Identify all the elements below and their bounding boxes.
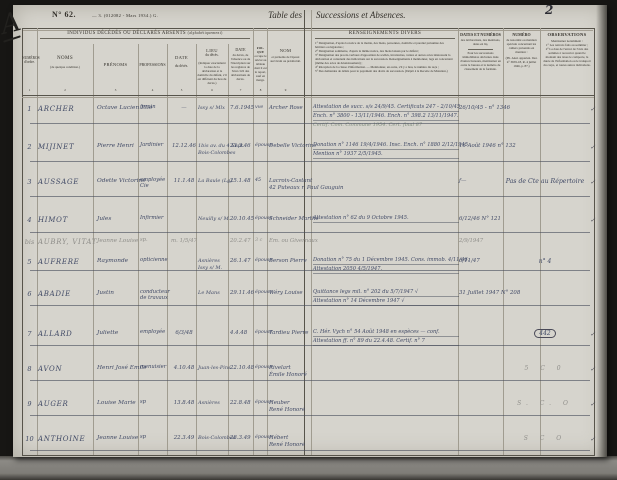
form-detail: — 3. (012082 - Mars 1934.) G. bbox=[92, 13, 242, 18]
col-num: 9 bbox=[268, 88, 303, 92]
cell-profession: conducteur de travaux bbox=[140, 290, 170, 301]
cell-epoux: Lacroix-Castant bbox=[269, 178, 315, 184]
cell-epoux: Heuber bbox=[269, 400, 315, 406]
cell-profession: Infirmier bbox=[140, 216, 170, 222]
cell-date-inscription: 20.2.47 bbox=[230, 238, 256, 244]
col-header-observations: OBSERVATIONS Mentionner notamment : 1° L… bbox=[543, 32, 591, 67]
cell-statut: vve bbox=[255, 105, 269, 110]
cell-date-inscription: 22.8.48 bbox=[230, 400, 256, 406]
cell-nom: ARCHER bbox=[38, 105, 94, 113]
cell-renseignements: Donation n° 1146 19/4/1946. Insc. Ench. … bbox=[313, 141, 459, 159]
cell-prenoms: Jeanne Louise bbox=[97, 435, 143, 441]
col-num: 7 bbox=[229, 88, 252, 92]
cell-statut: épouse bbox=[255, 143, 269, 148]
cell-profession: employée bbox=[140, 330, 170, 336]
cell-nom: AUBRY, VITAT bbox=[38, 238, 94, 246]
title-right: Successions et Absences. bbox=[316, 10, 466, 20]
cell-epoux: Em. ou Givernaux bbox=[269, 238, 315, 244]
table-right-border bbox=[594, 28, 595, 455]
cell-order-number: 2 bbox=[22, 143, 37, 151]
col-num: 5 bbox=[168, 88, 195, 92]
cell-statut: 45 bbox=[255, 178, 269, 183]
table-row: 7 ALLARD Juliette employée 6/3/48 4.4.48… bbox=[22, 330, 594, 352]
cell-date-deces: 4.10.48 bbox=[169, 365, 199, 371]
table-row: 10 ANTHOINE Jeanne Louise sp 22.3.49 Boi… bbox=[22, 435, 594, 457]
cell-prenoms: Jules bbox=[97, 216, 143, 222]
cell-lieu: Asnières bbox=[198, 400, 232, 406]
cell-date-inscription: 26.1.47 bbox=[230, 258, 256, 264]
cell-date-inscription: 29.11.46 bbox=[230, 290, 256, 296]
obs-item: 2° La date de l'envoi de l'avis des somm… bbox=[543, 47, 591, 67]
cell-epoux: Tardieu Pierre bbox=[269, 330, 315, 336]
cell-profession: forain bbox=[140, 105, 170, 111]
cell-statut: épouse bbox=[255, 435, 269, 440]
cell-numero: S. C. O bbox=[504, 400, 586, 407]
cell-prenoms: Justin bbox=[97, 290, 143, 296]
cell-prenoms: Odette Victorine bbox=[97, 178, 143, 184]
cell-order-number: 7 bbox=[22, 330, 37, 338]
cell-renseignements: C. Hér. Vych n° 54 Août 1948 en espèces … bbox=[313, 328, 459, 346]
cell-date-inscription: 25.1.48 bbox=[230, 178, 256, 184]
cell-profession: sp bbox=[140, 435, 170, 441]
cell-lieu: Juan-les-Pins bbox=[198, 365, 232, 371]
cell-dates-numeros: 6/11/47 bbox=[459, 258, 509, 264]
cell-epoux: Hébert bbox=[269, 435, 315, 441]
row-checkmark: ✓ bbox=[590, 400, 602, 408]
header-separator-inner bbox=[22, 97, 594, 98]
cell-date-deces: 12.12.46 bbox=[169, 143, 199, 149]
cell-renseignements: Attestation n° 62 du 9 Octobre 1945. bbox=[313, 214, 459, 223]
cell-dates-numeros: 26/10/45 - n° 1346 bbox=[459, 105, 509, 111]
cell-order-number: 1 bbox=[22, 105, 37, 113]
cell-epoux: Debelle Victorine bbox=[269, 143, 315, 149]
col-num: 3 bbox=[94, 88, 137, 92]
cell-date-inscription: 7.6.1945 bbox=[230, 105, 256, 111]
row-rule-line bbox=[30, 123, 590, 124]
cell-profession: menuisier bbox=[140, 365, 170, 371]
group-header-note: (alphabétiquement) bbox=[188, 31, 223, 35]
cell-date-deces: 6/3/48 bbox=[169, 330, 199, 336]
row-rule-line bbox=[30, 345, 590, 346]
cell-order-number: 10 bbox=[22, 435, 37, 443]
col-header-lieu: LIEU du décès. (Indiquer exactement la d… bbox=[197, 48, 227, 85]
cell-renseignements: Donation n° 75 du 1 Décembre 1945. Cons.… bbox=[313, 256, 459, 274]
col-header-dates-numeros: DATES ET NUMÉROS des déclarations, des m… bbox=[460, 33, 501, 71]
group-header: INDIVIDUS DÉCÉDÉS OU DÉCLARÉS ABSENTS (a… bbox=[40, 31, 250, 39]
cell-nom: AUGER bbox=[38, 400, 94, 408]
cell-prenoms: Raymonde bbox=[97, 258, 143, 264]
cell-lieu: 1bis av. du 4 Sept. bbox=[198, 143, 232, 149]
cell-dates-numeros: 2/9/1947 bbox=[459, 238, 509, 244]
cell-order-number: 8 bbox=[22, 365, 37, 373]
row-checkmark: ✓ bbox=[590, 105, 602, 113]
row-rule-line bbox=[30, 380, 590, 381]
row-checkmark: ✓ bbox=[590, 143, 602, 151]
cell-nom: AVON bbox=[38, 365, 94, 373]
row-rule-line bbox=[30, 270, 590, 271]
col-num: 6 bbox=[197, 88, 227, 92]
row-checkmark: ✓ bbox=[590, 178, 602, 186]
cell-order-number: 4 bbox=[22, 216, 37, 224]
rens-item: 1° Désignation, d'après la notice de la … bbox=[315, 41, 455, 49]
cell-date-inscription: 23.3.46 bbox=[230, 143, 256, 149]
cell-date-inscription: 22.10.48 bbox=[230, 365, 256, 371]
table-row: 8 AVON Henri José Emile menuisier 4.10.4… bbox=[22, 365, 594, 387]
title-left: Table des bbox=[258, 10, 302, 20]
cell-lieu-line2: Bois-Colombes bbox=[198, 150, 232, 156]
cell-prenoms: Juliette bbox=[97, 330, 143, 336]
col-num: 1 bbox=[22, 88, 37, 92]
cell-statut: épouse bbox=[255, 290, 269, 295]
cell-renseignements: Quittance legs mil. n° 202 du 5/7/1947 √… bbox=[313, 288, 459, 306]
cell-epoux: Rivelart bbox=[269, 365, 315, 371]
cell-lieu: Le Mans bbox=[198, 290, 232, 296]
row-rule-line bbox=[30, 450, 590, 451]
cell-date-inscription: 4.4.48 bbox=[230, 330, 256, 336]
cell-nom: AUFRERE bbox=[38, 258, 94, 266]
cell-date-deces: 11.1.48 bbox=[169, 178, 199, 184]
col-header-noms: NOMS (de quelque condition.) bbox=[38, 56, 92, 69]
cell-lieu: Neuilly s/ M. bbox=[198, 216, 232, 222]
cell-lieu: La Baule (Lg) bbox=[198, 178, 232, 184]
cell-numero: S C O bbox=[504, 435, 586, 442]
cell-date-deces: 22.3.49 bbox=[169, 435, 199, 441]
cell-epoux-line2: René Honoré bbox=[269, 407, 315, 413]
cell-nom: HIMOT bbox=[38, 216, 94, 224]
header-separator bbox=[22, 95, 594, 96]
row-rule-line bbox=[30, 232, 590, 233]
cell-profession: sp. bbox=[140, 238, 170, 244]
col-header-date-deces: DATE du décès. bbox=[168, 55, 195, 69]
cell-epoux-line2: Émile Honoré bbox=[269, 372, 315, 378]
col-header-prenoms: PRÉNOMS bbox=[94, 62, 137, 67]
cell-nom: ALLARD bbox=[38, 330, 94, 338]
table-row: 5 AUFRERE Raymonde opticienne Asnières I… bbox=[22, 258, 594, 280]
cell-nom: ANTHOINE bbox=[38, 435, 94, 443]
cell-dates-numeros: 31 Juillet 1947 N° 208 bbox=[459, 290, 509, 296]
cell-statut: épouse bbox=[255, 330, 269, 335]
cell-numero: n° 4 bbox=[504, 258, 586, 265]
cell-dates-numeros: 16 Août 1946 n° 132 bbox=[459, 143, 509, 149]
cell-epoux: Archer Rose bbox=[269, 105, 315, 111]
cell-epoux-line2: 42 Puteaux r. Paul Gauguin bbox=[269, 185, 315, 191]
scanned-register-page: A 2 N° 62. — 3. (012082 - Mars 1934.) G.… bbox=[0, 0, 617, 480]
rens-item: 3° Désignation des procès-verbaux d'appo… bbox=[315, 53, 455, 65]
col-header-epoux: NOM et prénoms de l'époux survivant ou p… bbox=[268, 48, 303, 63]
page-edge-shadow bbox=[596, 5, 607, 457]
col-header-folio: FOL. QUE occupe le relevé au tableau don… bbox=[254, 46, 267, 82]
cell-prenoms: Octave Lucien Elie bbox=[97, 105, 143, 111]
cell-prenoms: Jeanne Louise bbox=[97, 238, 143, 244]
cell-profession: opticienne bbox=[140, 258, 170, 264]
cell-numero: 442 bbox=[504, 330, 586, 337]
col-header-order: NUMÉROSd'ordre. bbox=[22, 56, 37, 65]
row-rule-line bbox=[30, 196, 590, 197]
cell-dates-numeros: ƒ— bbox=[459, 178, 509, 184]
cell-renseignements: Attestation de succ. s/s 24/9/45. Certif… bbox=[313, 103, 459, 129]
table-row: bis AUBRY, VITAT Jeanne Louise sp. m. 1/… bbox=[22, 238, 594, 260]
cell-numero: Pas de Cte au Répertoire bbox=[504, 178, 586, 185]
handwritten-page-number: 2 bbox=[545, 3, 553, 17]
cell-dates-numeros: 6/12/46 N° 121 bbox=[459, 216, 509, 222]
cell-epoux: Wéry Louise bbox=[269, 290, 315, 296]
cell-date-deces: 13.8.48 bbox=[169, 400, 199, 406]
cell-lieu: Bois-Colombes bbox=[198, 435, 232, 441]
cell-prenoms: Louise Marie bbox=[97, 400, 143, 406]
cell-profession: sp bbox=[140, 400, 170, 406]
cell-lieu: Asnières bbox=[198, 258, 232, 264]
cell-order-number: 3 bbox=[22, 178, 37, 186]
cell-epoux-line2: René Honoré bbox=[269, 442, 315, 448]
cell-prenoms: Henri José Emile bbox=[97, 365, 143, 371]
cell-epoux: Berson Pierre bbox=[269, 258, 315, 264]
cell-numero: 5 C 0 bbox=[504, 365, 586, 372]
cell-order-number: 9 bbox=[22, 400, 37, 408]
cell-order-number: 6 bbox=[22, 290, 37, 298]
col-num: 2 bbox=[38, 88, 92, 92]
cell-nom: AUSSAGE bbox=[38, 178, 94, 186]
col-header-professions: PROFESSIONS bbox=[139, 63, 166, 68]
row-checkmark: ✓ bbox=[590, 216, 602, 224]
row-checkmark: ✓ bbox=[590, 365, 602, 373]
cell-date-inscription: 20.10.45 bbox=[230, 216, 256, 222]
scanner-background bbox=[0, 456, 617, 480]
row-rule-line bbox=[30, 415, 590, 416]
cell-prenoms: Pierre Henri bbox=[97, 143, 143, 149]
cell-statut: épouse bbox=[255, 258, 269, 263]
table-row: 6 ABADIE Justin conducteur de travaux Le… bbox=[22, 290, 594, 312]
col-num: 4 bbox=[139, 88, 166, 92]
table-top-border bbox=[22, 28, 594, 29]
col-header-numero: NUMÉRO de notoriété ou mention spéciale … bbox=[505, 33, 538, 68]
cell-statut: 3 c bbox=[255, 238, 269, 243]
col-num: 8 bbox=[254, 88, 267, 92]
cell-statut: épouse bbox=[255, 216, 269, 221]
cell-order-number: 5 bbox=[22, 258, 37, 266]
col-header-date-insc: DATE du décès, de l'absence ou de l'insc… bbox=[229, 48, 252, 81]
cell-nom: ABADIE bbox=[38, 290, 94, 298]
cell-profession: employée Cie bbox=[140, 178, 170, 189]
cell-lieu: Issy s/ Mlx bbox=[198, 105, 232, 111]
rens-item: 5° Des demandes de délais pour le payeme… bbox=[315, 69, 455, 73]
cell-date-inscription: 28.3.49 bbox=[230, 435, 256, 441]
cell-date-deces: — bbox=[169, 105, 199, 111]
row-rule-line bbox=[30, 161, 590, 162]
cell-nom: MIJINET bbox=[38, 143, 94, 151]
cell-order-number: bis bbox=[22, 238, 37, 246]
row-rule-line bbox=[30, 305, 590, 306]
cell-epoux: Schneider Marthe bbox=[269, 216, 315, 222]
row-checkmark: ✓ bbox=[590, 330, 602, 338]
table-row: 9 AUGER Louise Marie sp 13.8.48 Asnières… bbox=[22, 400, 594, 422]
col-header-renseignements: RENSEIGNEMENTS DIVERS 1° Désignation, d'… bbox=[315, 31, 455, 73]
cell-statut: épouse bbox=[255, 365, 269, 370]
cell-profession: Jardinier bbox=[140, 143, 170, 149]
row-checkmark: ✓ bbox=[590, 435, 602, 443]
cell-statut: épouse bbox=[255, 400, 269, 405]
cell-date-deces: m. 1/5/47 bbox=[169, 238, 199, 244]
table-row: 4 HIMOT Jules Infirmier Neuilly s/ M. 20… bbox=[22, 216, 594, 238]
